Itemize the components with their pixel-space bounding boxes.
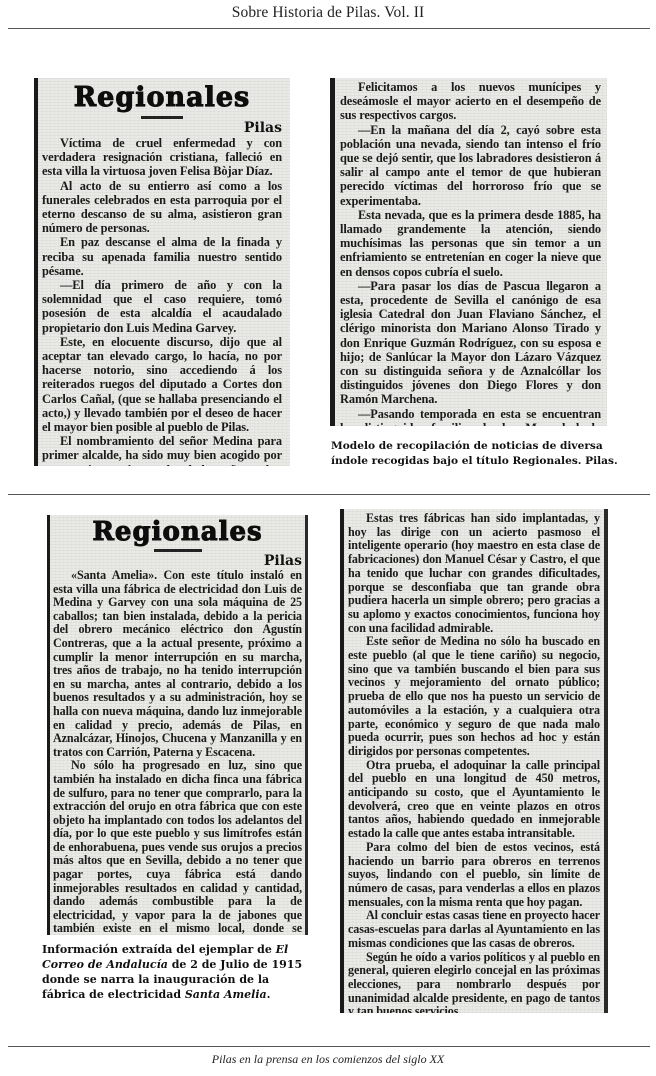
clipping-paragraph: —En la mañana del día 2, cayó sobre esta… [340,123,601,208]
clipping-paragraph: —Para pasar los días de Pascua llegaron … [340,279,601,407]
clipping-paragraph: —El día primero de año y con la solemnid… [42,278,282,335]
clipping-paragraph: Este, en elocuente discurso, dijo que al… [42,335,282,434]
clipping-paragraph: No sólo ha progresado en luz, sino que t… [53,759,302,935]
clipping-border-left [47,515,50,935]
masthead-rule [154,549,202,552]
clipping-border-left [330,78,335,426]
caption-text: Información extraída del ejemplar de [42,943,276,956]
clipping-bottom-right: Estas tres fábricas han sido implantadas… [340,509,608,1013]
clipping-regionales-top-left: Regionales Pilas Víctima de cruel enferm… [34,78,290,466]
clipping-paragraph: Al concluir estas casas tiene en proyect… [348,909,600,950]
clipping-border-left [34,78,38,466]
header-divider [8,28,650,29]
clipping-paragraph: Estas tres fábricas han sido implantadas… [348,512,600,635]
clipping-paragraph: Felicitamos a los nuevos munícipes y des… [340,80,601,123]
clipping-place-label: Pilas [53,554,302,569]
section-divider [8,494,650,495]
clipping-border-left [340,509,344,1013]
clipping-paragraph: «Santa Amelia». Con este título instaló … [53,569,302,759]
caption-text: . [267,988,271,1001]
clipping-paragraph: Según he oído a varios políticos y al pu… [348,951,600,1014]
page-footer-title: Pilas en la prensa en los comienzos del … [0,1052,656,1067]
caption-factory-name: Santa Amelia [185,988,267,1001]
clipping-regionales-bottom-left: Regionales Pilas «Santa Amelia». Con est… [47,515,308,935]
clipping-paragraph: —Pasando temporada en esta se encuentran… [340,407,601,426]
clipping-paragraph: Al acto de su entierro así como a los fu… [42,179,282,236]
clipping-paragraph: Este señor de Medina no sólo ha buscado … [348,635,600,758]
clipping-masthead: Regionales [42,82,282,114]
clipping-top-right: Felicitamos a los nuevos munícipes y des… [330,78,607,426]
clipping-paragraph: Para colmo del bien de estos vecinos, es… [348,841,600,910]
clipping-paragraph: Víctima de cruel enfermedad y con verdad… [42,136,282,179]
clipping-border-right [305,515,308,935]
clipping-border-right [604,509,608,1013]
figure-caption-top: Modelo de recopilación de noticias de di… [331,439,621,468]
clipping-paragraph: Esta nevada, que es la primera desde 188… [340,208,601,279]
masthead-rule [141,116,183,119]
clipping-masthead: Regionales [53,517,302,547]
footer-divider [8,1046,650,1047]
clipping-paragraph: Otra prueba, el adoquinar la calle princ… [348,759,600,841]
clipping-paragraph: En paz descanse el alma de la finada y r… [42,235,282,278]
page-header-title: Sobre Historia de Pilas. Vol. II [0,4,656,22]
clipping-paragraph: El nombramiento del señor Medina para pr… [42,434,282,466]
figure-caption-bottom: Información extraída del ejemplar de El … [42,942,312,1002]
clipping-place-label: Pilas [42,121,282,136]
